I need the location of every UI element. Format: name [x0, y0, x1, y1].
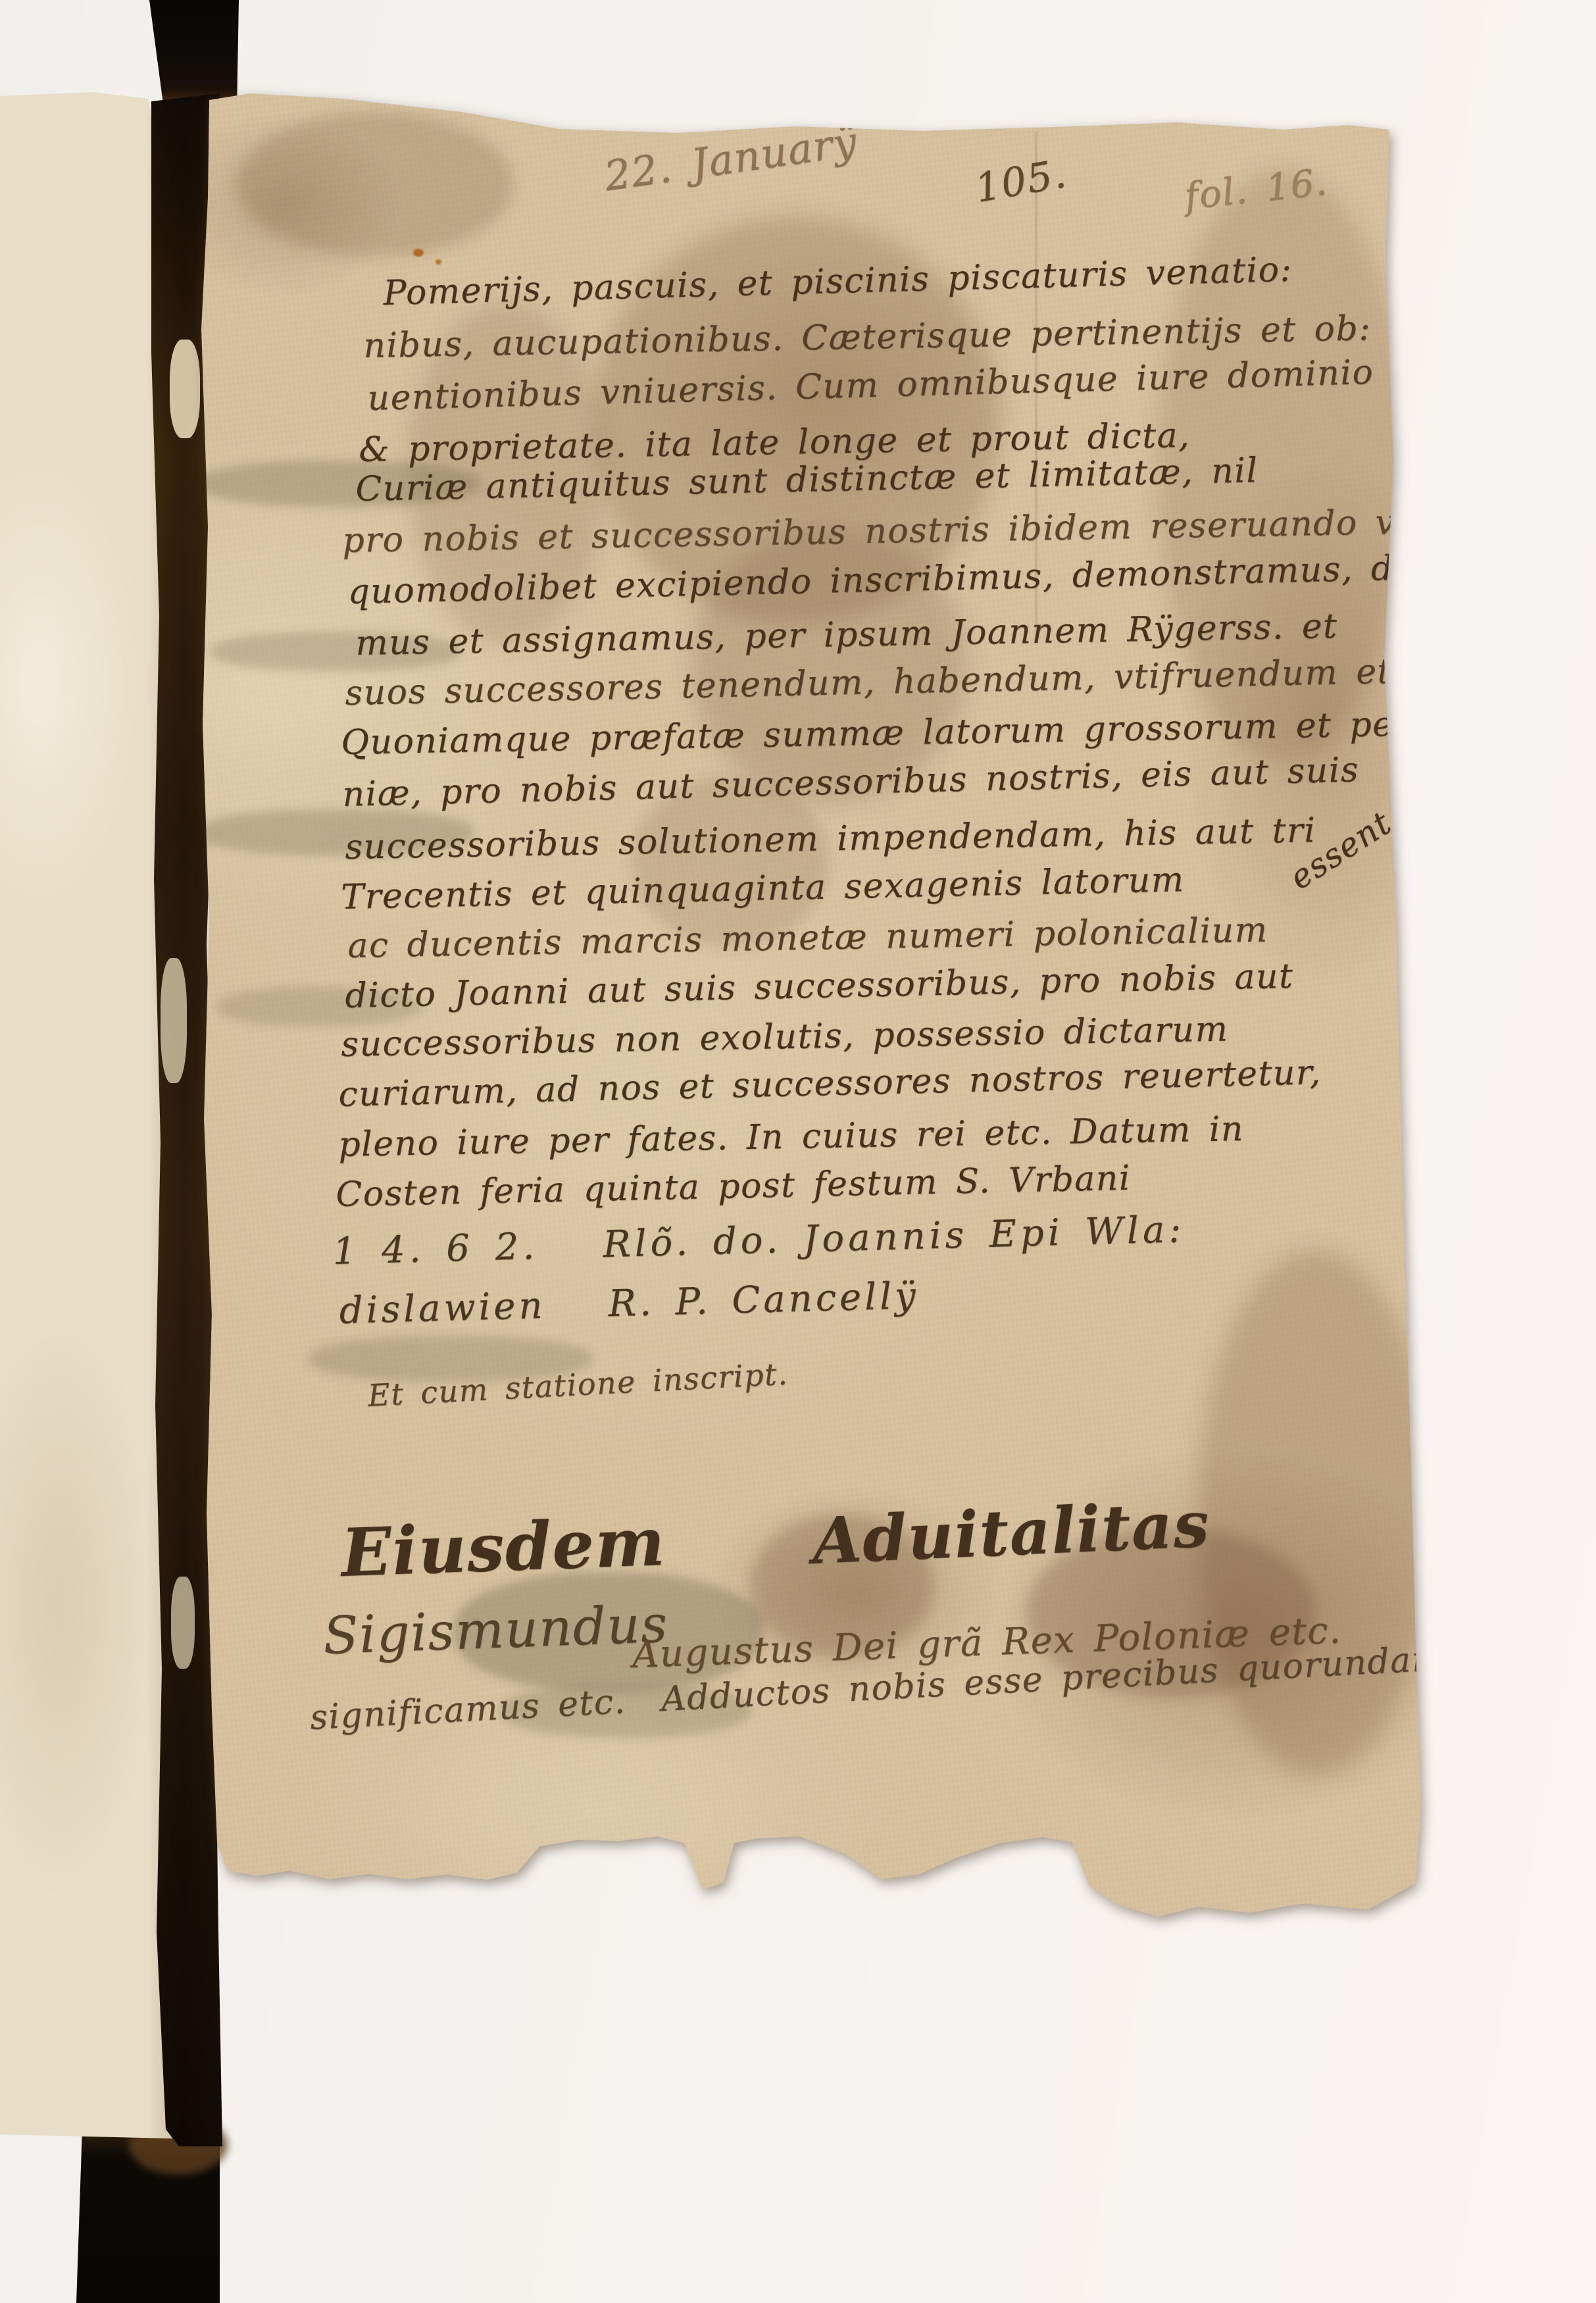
ink-speck: [1468, 495, 1476, 501]
body-line-3: uentionibus vniuersis. Cum omnibusque iu…: [367, 355, 1374, 416]
body-line-21: dislawien R. P. Cancellÿ: [339, 1278, 919, 1330]
entry-heading-left: Eiusdem: [340, 1509, 666, 1586]
body-line-18: pleno iure per fates. In cuius rei etc. …: [338, 1112, 1244, 1162]
body-line-1: Pomerijs, pascuis, et piscinis piscaturi…: [383, 253, 1293, 311]
entry-heading-right: Aduitalitas: [811, 1493, 1211, 1573]
body-line-14: ac ducentis marcis monetæ numeri polonic…: [347, 913, 1268, 963]
ink-speck: [691, 1883, 697, 1888]
body-line-13: Trecentis et quinquaginta sexagenis lato…: [341, 863, 1185, 915]
body-line-11: niæ, pro nobis aut successoribus nostris…: [342, 753, 1360, 812]
body-line-15: dicto Joanni aut suis successoribus, pro…: [345, 959, 1294, 1013]
body-line-2: nibus, aucupationibus. Cæterisque pertin…: [363, 311, 1372, 363]
addendum-note: Et cum statione inscript.: [367, 1359, 789, 1411]
entry2-king-name: Sigismundus: [322, 1599, 669, 1662]
body-line-8: mus et assignamus, per ipsum Joannem Rÿg…: [355, 609, 1338, 661]
body-line-9: suos successores tenendum, habendum, vti…: [345, 654, 1424, 711]
ink-speck: [1445, 678, 1451, 684]
scanned-document-stage: 22. Januarÿ105.fol. 16.Pomerijs, pascuis…: [0, 0, 1596, 2303]
body-line-12: successoribus solutionem impendendam, hi…: [345, 813, 1316, 865]
header-date-note: 22. Januarÿ: [602, 121, 860, 197]
body-line-7: quomodolibet excipiendo inscribimus, dem…: [347, 549, 1497, 609]
body-line-20: 1 4. 6 2. Rlõ. do. Joannis Epi Wla:: [332, 1211, 1185, 1271]
handwritten-text-layer: 22. Januarÿ105.fol. 16.Pomerijs, pascuis…: [0, 0, 1596, 2303]
manuscript-page-wrapper: 22. Januarÿ105.fol. 16.Pomerijs, pascuis…: [0, 0, 1596, 2303]
body-line-17: curiarum, ad nos et successores nostros …: [338, 1055, 1322, 1112]
manuscript-page: 22. Januarÿ105.fol. 16.Pomerijs, pascuis…: [0, 0, 1596, 2303]
body-line-6: pro nobis et successoribus nostris ibide…: [342, 505, 1429, 558]
header-folio-note: fol. 16.: [1183, 164, 1330, 215]
body-line-19: Costen feria quinta post festum S. Vrban…: [336, 1161, 1131, 1212]
body-line-16: successoribus non exolutis, possessio di…: [341, 1012, 1229, 1062]
header-page-number: 105.: [972, 154, 1070, 209]
